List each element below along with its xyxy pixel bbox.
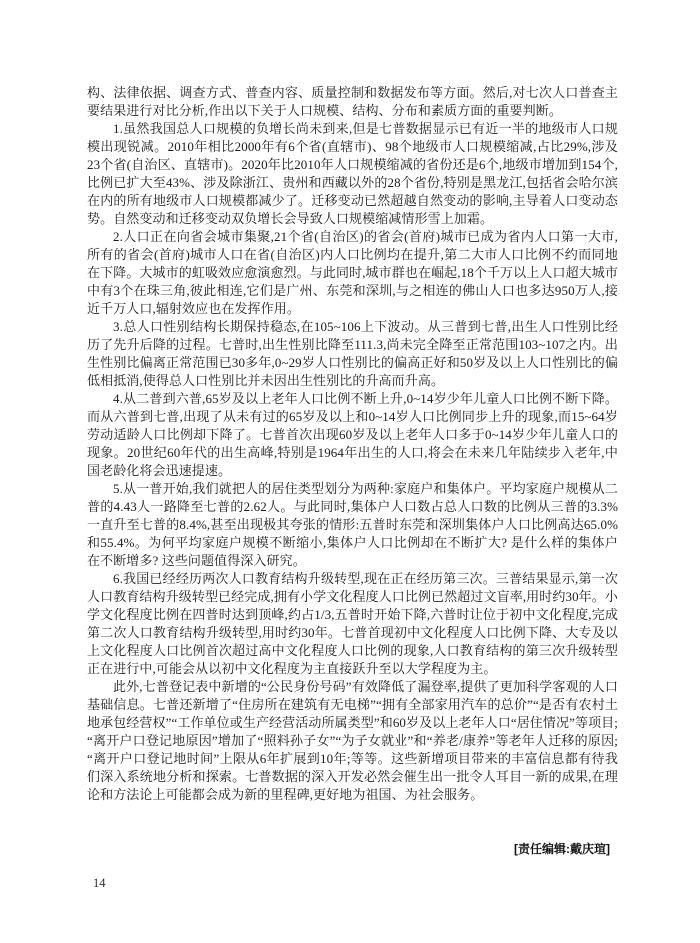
page-body: 构、法律依据、调查方式、普查内容、质量控制和数据发布等方面。然后,对七次人口普查…: [87, 84, 618, 804]
body-paragraph-3: 3.总人口性别结构长期保持稳态,在105~106上下波动。从三普到七普,出生人口…: [87, 318, 618, 390]
body-paragraph-5: 5.从一普开始,我们就把人的居住类型划分为两种:家庭户和集体户。平均家庭户规模从…: [87, 480, 618, 570]
responsible-editor-note: [责任编辑:戴庆瑄]: [87, 840, 618, 858]
journal-page: 构、法律依据、调查方式、普查内容、质量控制和数据发布等方面。然后,对七次人口普查…: [0, 0, 700, 943]
body-paragraph-7: 此外,七普登记表中新增的“公民身份号码”有效降低了漏登率,提供了更加科学客观的人…: [87, 678, 618, 804]
body-paragraph-4: 4.从二普到六普,65岁及以上老年人口比例不断上升,0~14岁少年儿童人口比例不…: [87, 390, 618, 480]
body-paragraph-1: 1.虽然我国总人口规模的负增长尚未到来,但是七普数据显示已有近一半的地级市人口规…: [87, 120, 618, 228]
body-paragraph-continuation: 构、法律依据、调查方式、普查内容、质量控制和数据发布等方面。然后,对七次人口普查…: [87, 84, 618, 120]
body-paragraph-2: 2.人口正在向省会城市集聚,21个省(自治区)的省会(首府)城市已成为省内人口第…: [87, 228, 618, 318]
body-paragraph-6: 6.我国已经经历两次人口教育结构升级转型,现在正在经历第三次。三普结果显示,第一…: [87, 570, 618, 678]
page-number: 14: [87, 874, 618, 892]
